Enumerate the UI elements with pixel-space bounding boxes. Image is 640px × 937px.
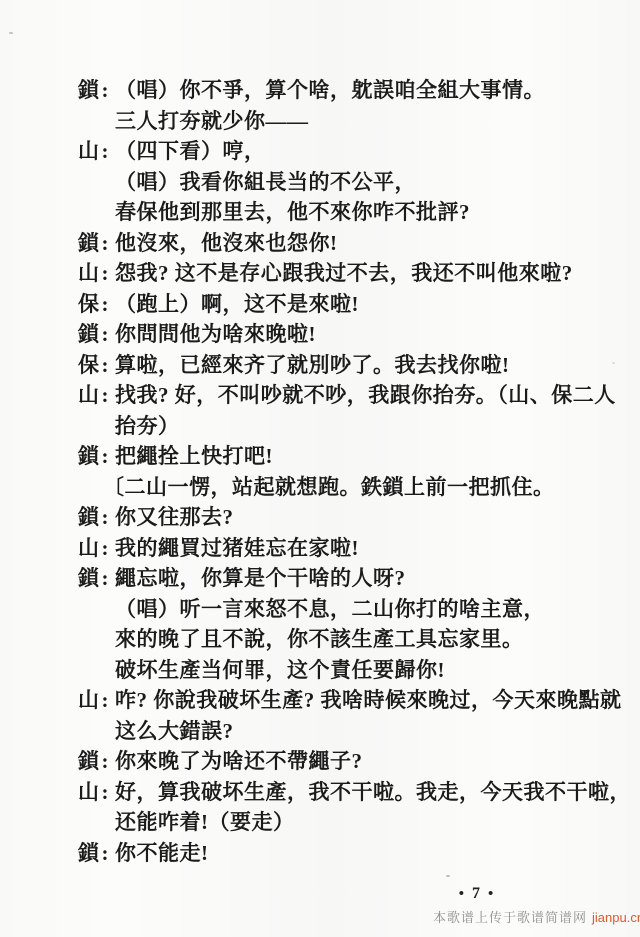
speaker-label: 鎖: bbox=[78, 441, 109, 472]
script-line: 山:找我? 好，不叫吵就不吵，我跟你抬夯。（山、保二人 bbox=[0, 380, 640, 411]
speaker-label: 山: bbox=[78, 533, 109, 564]
watermark: 本歌谱上传于歌谱简谱网jianpu.cn bbox=[433, 907, 640, 926]
dialogue-text: 这么大錯誤? bbox=[115, 716, 234, 747]
speaker-label: 保: bbox=[78, 289, 109, 320]
speaker-label: 山: bbox=[78, 380, 109, 411]
speaker-label: 鎖: bbox=[78, 502, 109, 533]
speaker-label: 山: bbox=[78, 136, 109, 167]
speaker-label: 山: bbox=[78, 258, 109, 289]
speaker-name: 鎖 bbox=[78, 231, 100, 255]
script-line: 山:怨我? 这不是存心跟我过不去，我还不叫他來啦? bbox=[0, 258, 640, 289]
dialogue-text: 我的繩買过猪娃忘在家啦! bbox=[115, 533, 359, 564]
speaker-name: 鎖 bbox=[78, 841, 100, 865]
script-line: 鎖:繩忘啦，你算是个干啥的人呀? bbox=[0, 563, 640, 594]
speaker-name: 鎖 bbox=[78, 566, 100, 590]
speaker-name: 保 bbox=[78, 292, 100, 316]
dialogue-text: 春保他到那里去，他不來你咋不批評? bbox=[115, 197, 470, 228]
dialogue-text: 〔二山一愣，站起就想跑。鉄鎖上前一把抓住。 bbox=[103, 472, 555, 503]
page-number-dot-left: • bbox=[459, 886, 466, 902]
speaker-colon: : bbox=[102, 231, 110, 255]
script-line: 破坏生產当何罪，这个責任要歸你! bbox=[0, 655, 640, 686]
script-line: 鎖:（唱）你不爭，算个啥，躭誤咱全組大事情。 bbox=[0, 75, 640, 106]
speaker-name: 鎖 bbox=[78, 444, 100, 468]
script-line: 保:算啦，已經來齐了就別吵了。我去找你啦! bbox=[0, 350, 640, 381]
script-line: 鎖:你問問他为啥來晚啦! bbox=[0, 319, 640, 350]
speaker-name: 鎖 bbox=[78, 505, 100, 529]
script-line: 抬夯） bbox=[0, 411, 640, 442]
script-line: 山:咋? 你說我破坏生產? 我啥時候來晚过，今天來晚點就 bbox=[0, 685, 640, 716]
page-number-dot-right: • bbox=[488, 886, 495, 902]
dialogue-text: （唱）我看你組長当的不公平， bbox=[115, 167, 416, 198]
dialogue-text: 咋? 你說我破坏生產? 我啥時候來晚过，今天來晚點就 bbox=[115, 685, 622, 716]
script-line: 春保他到那里去，他不來你咋不批評? bbox=[0, 197, 640, 228]
page-number-value: 7 bbox=[466, 885, 488, 902]
speaker-colon: : bbox=[102, 444, 110, 468]
dialogue-text: 把繩拴上快打吧! bbox=[115, 441, 273, 472]
page-number: •7• bbox=[432, 885, 522, 903]
dialogue-text: 你不能走! bbox=[115, 838, 209, 869]
scanned-script-page: 鎖:（唱）你不爭，算个啥，躭誤咱全組大事情。三人打夯就少你——山:（四下看）哼，… bbox=[0, 0, 640, 937]
speaker-name: 山 bbox=[78, 383, 100, 407]
script-line: 这么大錯誤? bbox=[0, 716, 640, 747]
speaker-label: 鎖: bbox=[78, 75, 109, 106]
speaker-name: 山 bbox=[78, 261, 100, 285]
script-line: 鎖:他沒來，他沒來也怨你! bbox=[0, 228, 640, 259]
script-line: （唱）听一言來怒不息，二山你打的啥主意， bbox=[0, 594, 640, 625]
dialogue-text: 算啦，已經來齐了就別吵了。我去找你啦! bbox=[115, 350, 510, 381]
dialogue-text: 繩忘啦，你算是个干啥的人呀? bbox=[115, 563, 406, 594]
speaker-name: 山 bbox=[78, 536, 100, 560]
speaker-label: 鎖: bbox=[78, 228, 109, 259]
script-line: 还能咋着!（要走） bbox=[0, 807, 640, 838]
dialogue-text: 破坏生產当何罪，这个責任要歸你! bbox=[115, 655, 445, 686]
speaker-colon: : bbox=[102, 688, 110, 712]
speaker-name: 鎖 bbox=[78, 749, 100, 773]
script-line: 鎖:你來晚了为啥还不帶繩子? bbox=[0, 746, 640, 777]
dialogue-text: 來的晚了且不說，你不該生產工具忘家里。 bbox=[115, 624, 524, 655]
script-line: 鎖:你又往那去? bbox=[0, 502, 640, 533]
scan-speck bbox=[9, 32, 13, 34]
watermark-site-label: jianpu.cn bbox=[592, 910, 640, 925]
speaker-colon: : bbox=[102, 505, 110, 529]
dialogue-text: 好，算我破坏生產，我不干啦。我走，今天我不干啦， bbox=[115, 777, 631, 808]
speaker-label: 鎖: bbox=[78, 563, 109, 594]
script-line: 來的晚了且不說，你不該生產工具忘家里。 bbox=[0, 624, 640, 655]
dialogue-text: 你問問他为啥來晚啦! bbox=[115, 319, 316, 350]
speaker-label: 保: bbox=[78, 350, 109, 381]
script-line: 三人打夯就少你—— bbox=[0, 106, 640, 137]
speaker-name: 山 bbox=[78, 139, 100, 163]
script-line: 山:好，算我破坏生產，我不干啦。我走，今天我不干啦， bbox=[0, 777, 640, 808]
stage-direction-line: 〔二山一愣，站起就想跑。鉄鎖上前一把抓住。 bbox=[0, 472, 640, 503]
script-line: 山:我的繩買过猪娃忘在家啦! bbox=[0, 533, 640, 564]
speaker-colon: : bbox=[102, 749, 110, 773]
script-line: 保:（跑上）啊，这不是來啦! bbox=[0, 289, 640, 320]
speaker-name: 山 bbox=[78, 688, 100, 712]
speaker-colon: : bbox=[102, 383, 110, 407]
dialogue-text: 他沒來，他沒來也怨你! bbox=[115, 228, 338, 259]
speaker-colon: : bbox=[102, 566, 110, 590]
speaker-colon: : bbox=[102, 536, 110, 560]
scan-speck bbox=[446, 875, 450, 877]
speaker-colon: : bbox=[102, 353, 110, 377]
script-line: 鎖:你不能走! bbox=[0, 838, 640, 869]
speaker-colon: : bbox=[102, 78, 110, 102]
speaker-colon: : bbox=[102, 139, 110, 163]
dialogue-text: （唱）听一言來怒不息，二山你打的啥主意， bbox=[115, 594, 545, 625]
dialogue-text: （跑上）啊，这不是來啦! bbox=[115, 289, 359, 320]
speaker-name: 鎖 bbox=[78, 78, 100, 102]
dialogue-text: 还能咋着!（要走） bbox=[115, 807, 295, 838]
dialogue-text: （唱）你不爭，算个啥，躭誤咱全組大事情。 bbox=[115, 75, 545, 106]
speaker-name: 山 bbox=[78, 780, 100, 804]
dialogue-text: 三人打夯就少你—— bbox=[115, 106, 309, 137]
dialogue-text: （四下看）哼， bbox=[115, 136, 266, 167]
speaker-colon: : bbox=[102, 261, 110, 285]
speaker-name: 保 bbox=[78, 353, 100, 377]
dialogue-text: 找我? 好，不叫吵就不吵，我跟你抬夯。（山、保二人 bbox=[115, 380, 616, 411]
speaker-colon: : bbox=[102, 292, 110, 316]
speaker-label: 鎖: bbox=[78, 838, 109, 869]
dialogue-text: 你又往那去? bbox=[115, 502, 234, 533]
dialogue-text: 你來晚了为啥还不帶繩子? bbox=[115, 746, 363, 777]
script-line: 鎖:把繩拴上快打吧! bbox=[0, 441, 640, 472]
dialogue-text: 怨我? 这不是存心跟我过不去，我还不叫他來啦? bbox=[115, 258, 573, 289]
speaker-name: 鎖 bbox=[78, 322, 100, 346]
script-line: （唱）我看你組長当的不公平， bbox=[0, 167, 640, 198]
speaker-label: 山: bbox=[78, 777, 109, 808]
speaker-label: 山: bbox=[78, 685, 109, 716]
script-line: 山:（四下看）哼， bbox=[0, 136, 640, 167]
watermark-text: 本歌谱上传于歌谱简谱网 bbox=[433, 910, 587, 925]
speaker-label: 鎖: bbox=[78, 319, 109, 350]
dialogue-text: 抬夯） bbox=[115, 411, 180, 442]
speaker-colon: : bbox=[102, 322, 110, 346]
speaker-colon: : bbox=[102, 841, 110, 865]
speaker-label: 鎖: bbox=[78, 746, 109, 777]
speaker-colon: : bbox=[102, 780, 110, 804]
script-dialogue-block: 鎖:（唱）你不爭，算个啥，躭誤咱全組大事情。三人打夯就少你——山:（四下看）哼，… bbox=[0, 75, 640, 868]
